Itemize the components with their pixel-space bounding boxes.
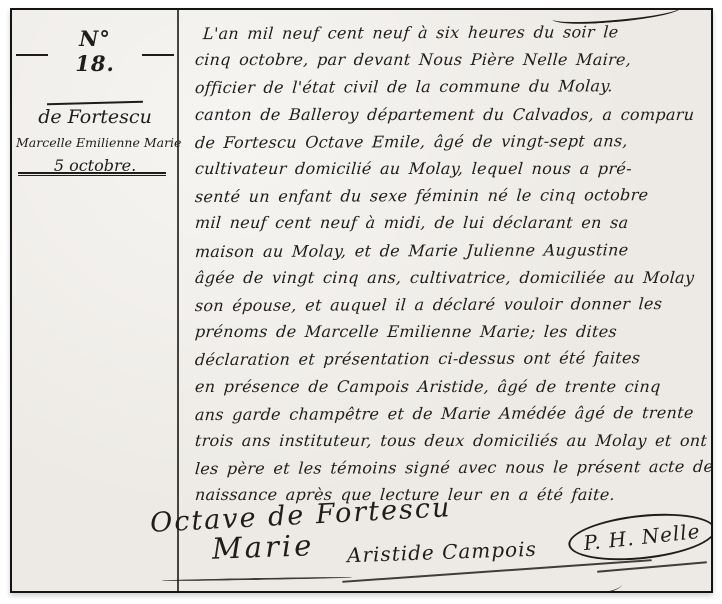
act-line: les père et les témoins signé avec nous … [194,453,711,482]
act-line: mil neuf cent neuf à midi, de lui déclar… [194,209,711,236]
margin-closing-double-rule [18,172,166,176]
act-line: en présence de Campois Aristide, âgé de … [194,373,711,400]
register-page-scan: N° 18. de Fortescu Marcelle Emilienne Ma… [10,8,713,593]
act-line: son épouse, et auquel il a déclaré voulo… [194,290,711,319]
act-line: trois ans instituteur, tous deux domicil… [194,427,711,454]
act-line: âgée de vingt cinq ans, cultivatrice, do… [194,264,711,291]
signature-mayor-oval: P. H. Nelle [566,507,713,566]
signature-flourish [162,576,352,581]
margin-dash-left [16,54,48,56]
act-line: officier de l'état civil de la commune d… [194,72,711,101]
margin-column: N° 18. de Fortescu Marcelle Emilienne Ma… [16,20,174,175]
act-line: maison au Molay, et de Marie Julienne Au… [194,236,711,265]
margin-child-surname: de Fortescu [16,106,174,128]
surname-flourish-line [47,101,143,106]
act-line: L'an mil neuf cent neuf à six heures du … [194,18,711,47]
act-line: ans garde champêtre et de Marie Amédée â… [194,399,711,428]
act-line: senté un enfant du sexe féminin né le ci… [194,181,711,210]
act-number: N° 18. [56,26,135,76]
act-line: déclaration et présentation ci-dessus on… [194,344,711,373]
signature-mother: Marie [211,528,314,566]
act-number-row: N° 18. [16,26,174,76]
margin-child-given-names: Marcelle Emilienne Marie [16,135,174,150]
margin-separator-rule [177,10,179,591]
act-line: canton de Balleroy département du Calvad… [194,101,711,128]
act-body-text: L'an mil neuf cent neuf à six heures du … [195,19,710,509]
act-line: de Fortescu Octave Emile, âgé de vingt-s… [194,127,711,156]
signature-mayor: P. H. Nelle [582,519,701,555]
act-line: cinq octobre, par devant Nous Pière Nell… [194,46,711,73]
act-line: prénoms de Marcelle Emilienne Marie; les… [194,318,711,345]
signature-flourish [451,572,622,593]
signature-witness: Aristide Campois [347,537,538,568]
act-line: cultivateur domicilié au Molay, lequel n… [194,155,711,182]
margin-dash-right [142,54,174,56]
